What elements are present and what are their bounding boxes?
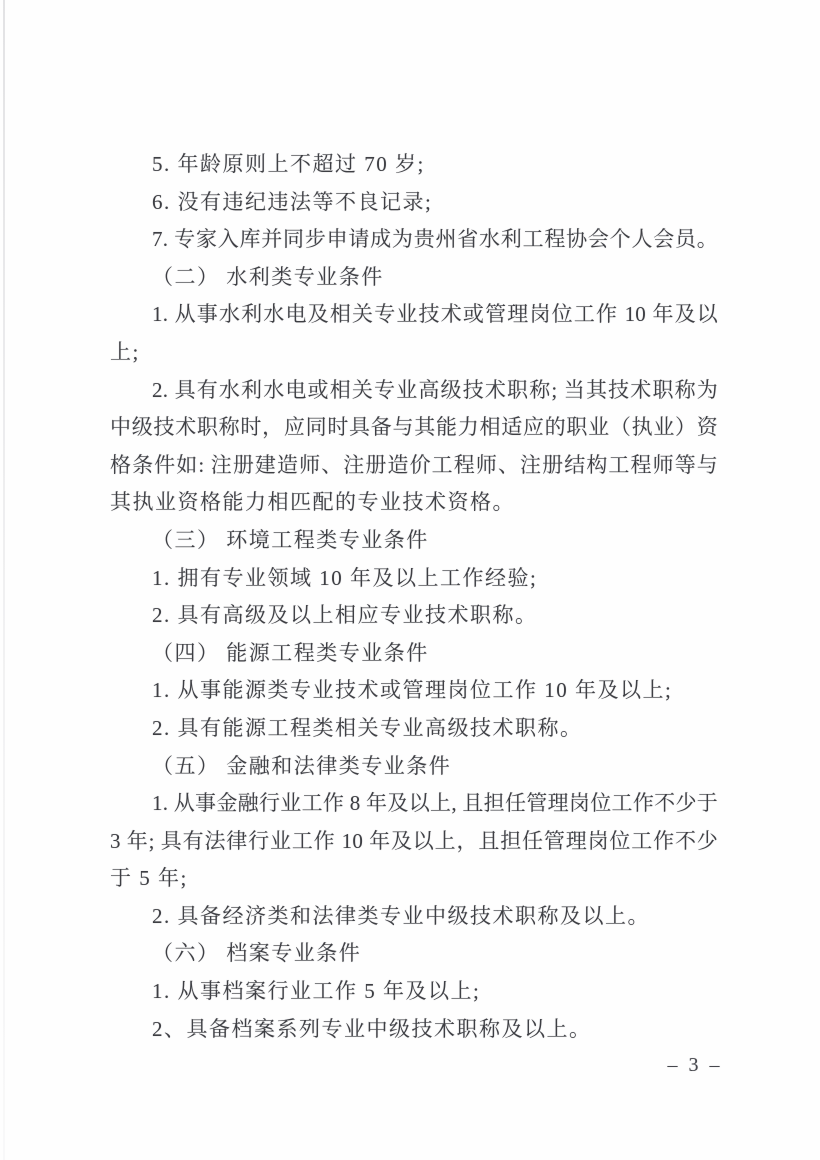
doc-line-finance-item-1b: 3 年; 具有法律行业工作 10 年及以上，且担任管理岗位工作不少 [110, 823, 718, 861]
doc-line-finance-item-1a: 1. 从事金融行业工作 8 年及以上, 且担任管理岗位工作不少于 [110, 785, 718, 823]
doc-heading-section-6: （六） 档案专业条件 [110, 935, 718, 973]
doc-heading-section-3: （三） 环境工程类专业条件 [110, 522, 718, 560]
doc-line-water-item-2d: 其执业资格能力相匹配的专业技术资格。 [110, 484, 718, 522]
doc-line-energy-item-2: 2. 具有能源工程类相关专业高级技术职称。 [110, 710, 718, 748]
page-number: – 3 – [645, 1050, 745, 1080]
doc-line-env-item-1: 1. 拥有专业领域 10 年及以上工作经验; [110, 560, 718, 598]
doc-heading-section-4: （四） 能源工程类专业条件 [110, 635, 718, 673]
doc-line-finance-item-2: 2. 具备经济类和法律类专业中级技术职称及以上。 [110, 898, 718, 936]
doc-heading-section-2: （二） 水利类专业条件 [110, 259, 718, 297]
doc-line-item-7: 7. 专家入库并同步申请成为贵州省水利工程协会个人会员。 [110, 221, 718, 259]
doc-line-env-item-2: 2. 具有高级及以上相应专业技术职称。 [110, 597, 718, 635]
doc-line-archive-item-1: 1. 从事档案行业工作 5 年及以上; [110, 973, 718, 1011]
doc-line-water-item-2b: 中级技术职称时，应同时具备与其能力相适应的职业（执业）资 [110, 409, 718, 447]
scanned-document-page: 5. 年龄原则上不超过 70 岁; 6. 没有违纪违法等不良记录; 7. 专家入… [0, 0, 820, 1160]
doc-line-water-item-1a: 1. 从事水利水电及相关专业技术或管理岗位工作 10 年及以 [110, 296, 718, 334]
doc-line-archive-item-2: 2、具备档案系列专业中级技术职称及以上。 [110, 1011, 718, 1049]
doc-line-finance-item-1c: 于 5 年; [110, 860, 718, 898]
scan-edge-artifact [3, 0, 5, 1160]
doc-line-item-6: 6. 没有违纪违法等不良记录; [110, 184, 718, 222]
doc-line-water-item-2c: 格条件如: 注册建造师、注册造价工程师、注册结构工程师等与 [110, 447, 718, 485]
doc-line-item-5: 5. 年龄原则上不超过 70 岁; [110, 146, 718, 184]
document-body: 5. 年龄原则上不超过 70 岁; 6. 没有违纪违法等不良记录; 7. 专家入… [110, 146, 718, 1048]
doc-line-water-item-2a: 2. 具有水利水电或相关专业高级技术职称; 当其技术职称为 [110, 372, 718, 410]
doc-heading-section-5: （五） 金融和法律类专业条件 [110, 748, 718, 786]
doc-line-energy-item-1: 1. 从事能源类专业技术或管理岗位工作 10 年及以上; [110, 672, 718, 710]
doc-line-water-item-1b: 上; [110, 334, 718, 372]
